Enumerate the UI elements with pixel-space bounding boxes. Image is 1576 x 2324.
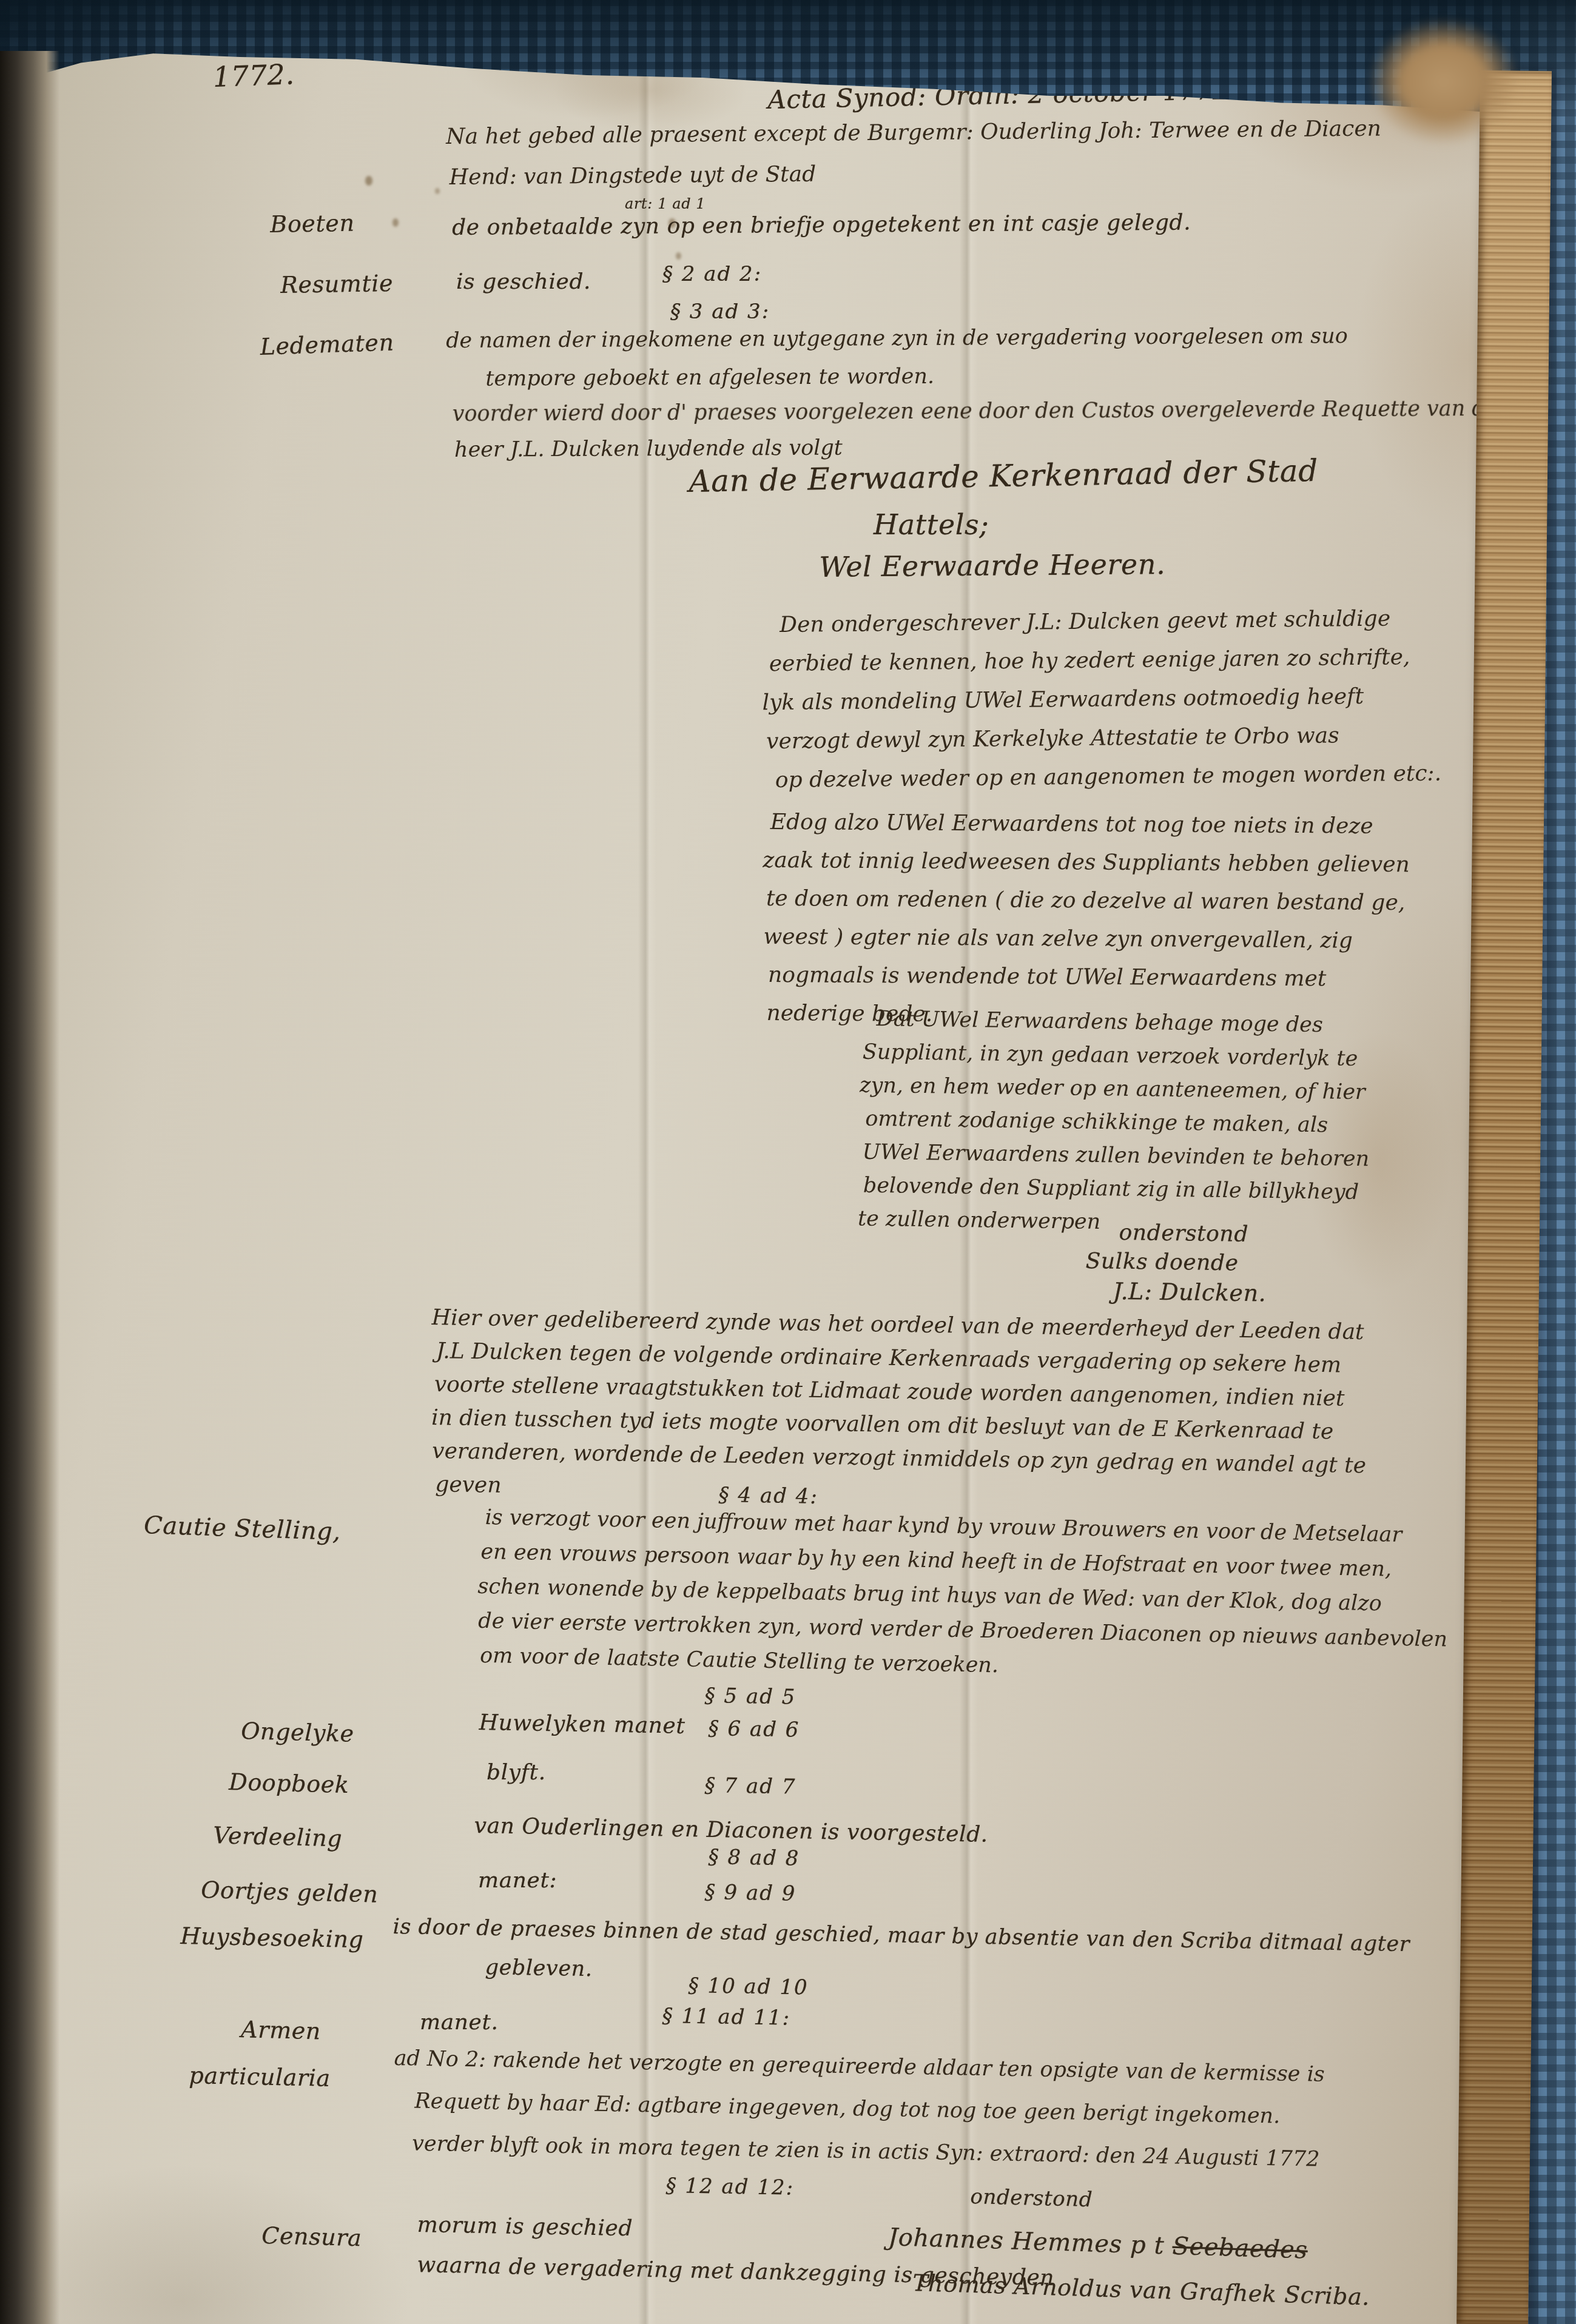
petition-line: zaak tot innig leedweesen des Suppliants… [763,848,1410,877]
ongelyke-body: Huwelyken manet [479,1710,685,1739]
section-marker-12: § 12 ad 12: [665,2174,794,2200]
opening-line: Hend: van Dingstede uyt de Stad [450,162,817,190]
section-marker-6: § 6 ad 6 [708,1716,800,1742]
cautie-line: en een vrouws persoon waar by hy een kin… [480,1540,1392,1582]
margin-label-doopboek: Doopboek [229,1768,349,1798]
margin-label-resumtie: Resumtie [280,270,394,298]
cautie-line: is verzogt voor een juffrouw met haar ky… [485,1505,1402,1547]
petition-line: te zullen onderwerpen [858,1207,1101,1235]
margin-label-cautie-stelling: Cautie Stelling, [143,1511,341,1546]
section-marker-10: § 10 ad 10 [688,1973,809,2000]
censura-body: morum is geschied [417,2212,633,2241]
margin-label-ledematen: Ledematen [260,329,394,360]
ledematen-line: de namen der ingekomene en uytgegane zyn… [446,324,1348,353]
ledematen-line: tempore geboekt en afgelesen te worden. [485,364,934,391]
deliberation-line: geven [435,1472,502,1498]
doopboek-body: blyft. [487,1760,546,1785]
petition-line: eerbied te kennen, hoe hy zedert eenige … [769,645,1410,676]
opening-line: Na het gebed alle praesent except de Bur… [446,116,1381,149]
petition-line: belovende den Suppliant zig in alle bill… [863,1174,1359,1204]
deliberation-line: voorte stellene vraagtstukken tot Lidmaa… [434,1372,1345,1411]
manuscript-text: 1772. Acta Synod: Ordin: 2 october 1772 … [38,36,1483,2324]
particularia-line: Requett by haar Ed: agtbare ingegeven, d… [414,2089,1280,2129]
section-marker-5: § 5 ad 5 [704,1684,796,1710]
petition-line: Edog alzo UWel Eerwaardens tot nog toe n… [770,810,1373,839]
cautie-line: om voor de laatste Cautie Stelling te ve… [480,1644,999,1678]
petition-line: nogmaals is wendende tot UWel Eerwaarden… [768,962,1327,991]
section-marker-3: § 3 ad 3: [670,300,770,324]
request-address-line2: Hattels; [874,508,989,541]
torn-corner [1368,18,1520,146]
petition-closing-dulcken-signature: J.L: Dulcken. [1113,1278,1266,1307]
ledematen-line: voorder wierd door d' praeses voorgeleze… [453,397,1512,426]
ledematen-line: heer J.L. Dulcken luydende als volgt [454,436,843,462]
signature-praeses: Johannes Hemmes p t Seebaedes [888,2223,1308,2265]
deliberation-line: Hier over gedelibereerd zynde was het oo… [431,1305,1364,1345]
section-marker-7: § 7 ad 7 [704,1773,796,1799]
deliberation-line: J.L Dulcken tegen de volgende ordinaire … [436,1338,1341,1377]
resumtie-body: is geschied. [456,269,591,294]
margin-label-oortjes-gelden: Oortjes gelden [201,1876,379,1908]
petition-line: UWel Eerwaardens zullen bevinden te beho… [862,1140,1369,1172]
manuscript-photo: { "colors": { "cloth_blue": "#4f7496", "… [0,0,1576,2324]
verdeeling-body: van Ouderlingen en Diaconen is voorgeste… [474,1813,988,1847]
left-binding-edge [0,51,59,2324]
deliberation-line: in dien tusschen tyd iets mogte voorvall… [431,1405,1334,1444]
margin-label-ongelyke: Ongelyke [241,1718,354,1747]
huysbesoeking-body: is door de praeses binnen de stad geschi… [392,1915,1410,1956]
petition-line: te doen om redenen ( die zo dezelve al w… [766,886,1406,915]
petition-line: weest ) egter nie als van zelve zyn onve… [763,924,1353,953]
margin-label-particularia: particularia [189,2062,331,2092]
closing-onderstond: onderstond [970,2185,1093,2212]
margin-label-armen: Armen [241,2016,322,2044]
section-marker-2: § 2 ad 2: [662,262,762,286]
petition-line: op dezelve weder op en aangenomen te mog… [775,761,1442,793]
signature-struck-word: Seebaedes [1172,2232,1308,2265]
margin-label-huysbesoeking: Huysbesoeking [180,1923,364,1953]
petition-line: omtrent zodanige schikkinge te maken, al… [865,1107,1328,1138]
margin-label-censura: Censura [261,2222,362,2251]
margin-label-boeten: Boeten [270,210,355,238]
section-marker-4: § 4 ad 4: [718,1483,818,1509]
huysbesoeking-body-2: gebleven. [485,1955,593,1981]
oortjes-body: manet: [478,1868,557,1893]
deliberation-line: veranderen, wordende de Leeden verzogt i… [432,1439,1366,1478]
cautie-line: de vier eerste vertrokken zyn, word verd… [478,1609,1447,1652]
particularia-line: verder blyft ook in mora tegen te zien i… [412,2132,1320,2172]
armen-body: manet. [420,2010,499,2035]
petition-line: Den ondergeschrever J.L: Dulcken geevt m… [780,606,1390,637]
boeten-article-superscript: art: 1 ad 1 [625,195,705,212]
petition-line: verzogt dewyl zyn Kerkelyke Attestatie t… [766,723,1339,754]
cautie-line: schen wonende by de keppelbaats brug int… [477,1574,1382,1616]
particularia-line: ad No 2: rakende het verzogte en gerequi… [394,2046,1325,2087]
section-marker-8: § 8 ad 8 [708,1845,800,1871]
petition-line: zyn, en hem weder op en aanteneemen, of … [860,1073,1366,1105]
petition-closing-sulks-doende: Sulks doende [1085,1249,1238,1276]
petition-line: lyk als mondeling UWel Eerwaardens ootmo… [762,684,1364,715]
margin-label-verdeeling: Verdeeling [213,1822,343,1852]
signature-praeses-name: Johannes Hemmes p t [888,2223,1173,2260]
request-address-line3: Wel Eerwaarde Heeren. [819,548,1165,583]
year-note: 1772. [212,58,295,93]
manuscript-page: 1772. Acta Synod: Ordin: 2 october 1772 … [38,36,1483,2324]
section-marker-11: § 11 ad 11: [662,2004,790,2030]
section-marker-9: § 9 ad 9 [704,1880,796,1906]
petition-line: Suppliant, in zyn gedaan verzoek vorderl… [863,1040,1358,1071]
signature-scriba: Thomas Arnoldus van Grafhek Scriba. [912,2269,1370,2311]
petition-closing-onderstond: onderstond [1119,1220,1248,1247]
petition-line: Dat UWel Eerwaardens behage moge des [876,1007,1323,1037]
boeten-body: de onbetaalde zyn op een briefje opgetek… [452,210,1191,240]
